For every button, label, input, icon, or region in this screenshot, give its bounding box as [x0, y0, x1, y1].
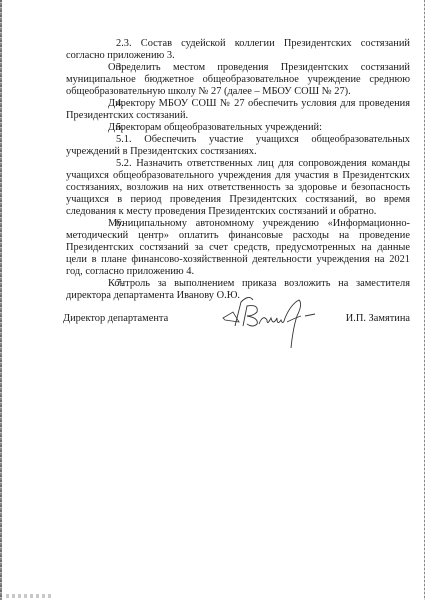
paragraph-number: 3. [91, 62, 108, 74]
signatory-name: И.П. Замятина [346, 313, 410, 324]
scan-edge-left [0, 0, 2, 600]
paragraph-number: 6. [91, 218, 108, 230]
paragraph-5: 5.Директорам общеобразовательных учрежде… [66, 122, 410, 134]
paragraph-text: Определить местом проведения Президентск… [66, 62, 410, 97]
paragraph-number: 7. [91, 278, 108, 290]
paragraph-number: 5. [91, 122, 108, 134]
paragraph-number: 4. [91, 98, 108, 110]
paragraph-4: 4.Директору МБОУ СОШ № 27 обеспечить усл… [66, 98, 410, 122]
scan-edge-right [424, 0, 425, 600]
paragraph-2-3: 2.3. Состав судейской коллегии Президент… [66, 38, 410, 62]
paragraph-6: 6.Муниципальному автономному учреждению … [66, 218, 410, 278]
document-body: 2.3. Состав судейской коллегии Президент… [66, 38, 410, 302]
paragraph-5-1: 5.1. Обеспечить участие учащихся общеобр… [66, 134, 410, 158]
paragraph-text: Директорам общеобразовательных учреждени… [108, 122, 322, 133]
paragraph-number: 5.1. [91, 134, 132, 146]
signature-block: Директор департамента И.П. Замятина [63, 310, 410, 330]
paragraph-number: 2.3. [91, 38, 132, 50]
signatory-position: Директор департамента [63, 313, 168, 324]
paragraph-text: Муниципальному автономному учреждению «И… [66, 218, 410, 277]
handwritten-signature-icon [213, 296, 333, 356]
paragraph-number: 5.2. [91, 158, 132, 170]
paragraph-text: Директору МБОУ СОШ № 27 обеспечить услов… [66, 98, 410, 121]
scan-artifact [6, 594, 54, 598]
paragraph-5-2: 5.2. Назначить ответственных лиц для соп… [66, 158, 410, 218]
paragraph-3: 3.Определить местом проведения Президент… [66, 62, 410, 98]
